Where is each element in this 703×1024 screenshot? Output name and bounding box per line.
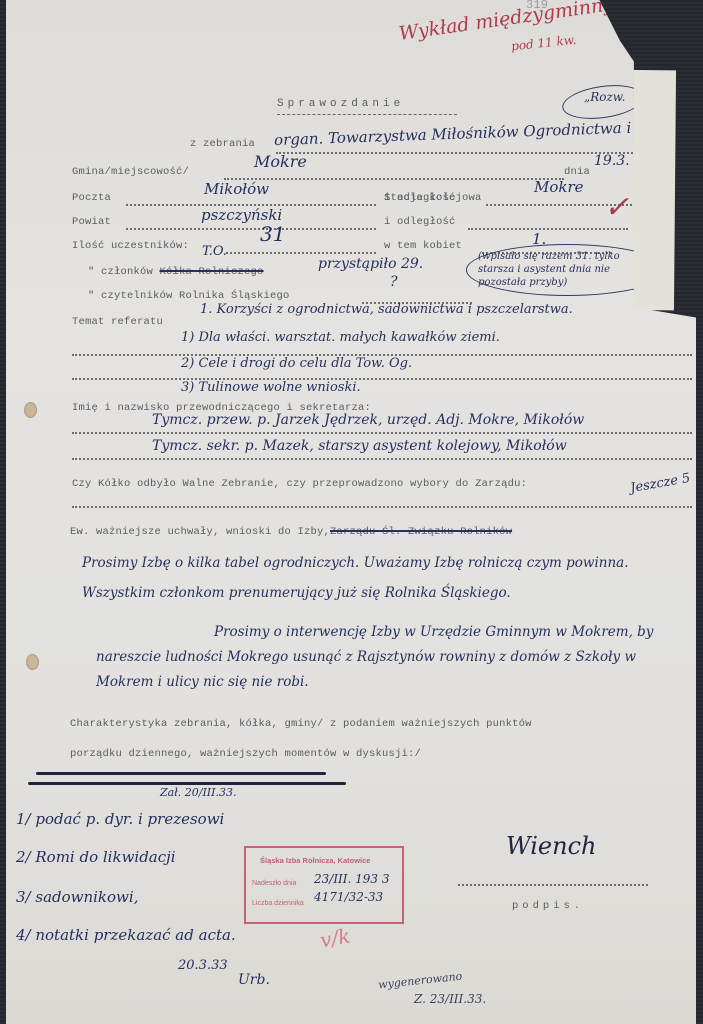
- field-value-members: przystąpiło 29.: [318, 256, 423, 272]
- election-value: Jeszcze 5: [629, 471, 691, 496]
- field-dots: [72, 432, 692, 434]
- red-initials: v/k: [318, 924, 352, 953]
- page-title: Sprawozdanie: [277, 98, 404, 110]
- resolutions-label: Ew. ważniejsze uchwały, wnioski do Izby,…: [70, 526, 512, 538]
- field-label-gmina: Gmina/miejscowość/: [72, 166, 189, 178]
- note-item: 4/ notatki przekazać ad acta.: [16, 926, 236, 944]
- archive-number: 319: [526, 0, 548, 12]
- field-dots: [276, 152, 636, 154]
- divider-line: [36, 772, 326, 775]
- field-value-readers: ?: [390, 274, 398, 290]
- field-label-meeting: z zebrania: [190, 138, 255, 150]
- field-dots: [72, 458, 692, 460]
- field-value-post: Mikołów: [204, 180, 269, 198]
- punch-hole: [24, 402, 37, 418]
- resolutions-paragraph-2: Prosimy o interwencję Izby w Urzędzie Gm…: [96, 620, 696, 695]
- field-label-distance: i odległość: [384, 216, 456, 228]
- field-dots: [468, 228, 628, 230]
- red-annotation-sub: pod 11 kw.: [510, 33, 577, 54]
- stamp-received-label: Nadeszło dnia: [252, 880, 296, 887]
- red-checkmark: ✓: [604, 190, 629, 225]
- note-item: 2/ Romi do likwidacji: [16, 848, 176, 866]
- note-item: 1/ podać p. dyr. i prezesowi: [16, 810, 224, 828]
- signature-label: podpis.: [512, 900, 584, 912]
- field-dots: [72, 506, 692, 508]
- topic-label: Temat referatu: [72, 316, 163, 328]
- stamp-number-value: 4171/32-33: [314, 890, 383, 904]
- note-date: 20.3.33: [178, 958, 228, 973]
- field-value-date: 19.3.: [594, 153, 630, 169]
- note-initials: Urb.: [238, 972, 270, 988]
- characteristics-label-1: Charakterystyka zebrania, kółka, gminy/ …: [70, 718, 532, 730]
- field-value-meeting: organ. Towarzystwa Miłośników Ogrodnictw…: [274, 117, 683, 149]
- field-label-county: Powiat: [72, 216, 111, 228]
- field-dots: [224, 178, 564, 180]
- field-value-participants: 31: [260, 222, 285, 246]
- field-label-readers: " czytelników Rolnika Śląskiego: [88, 290, 290, 302]
- field-label-date: dnia: [564, 166, 590, 178]
- processed-note: wygenerowano: [378, 970, 463, 992]
- field-label-participants: Ilość uczestników:: [72, 240, 189, 252]
- signature: Wiench: [506, 832, 596, 860]
- field-value-gmina: Mokre: [254, 152, 307, 171]
- stamp-title: Śląska Izba Rolnicza, Katowice: [260, 856, 370, 865]
- stamp-number-label: Liczba dziennika: [252, 900, 304, 907]
- punch-hole: [26, 654, 39, 670]
- topic-line: 2) Cele i drogi do celu dla Tow. Og.: [181, 356, 412, 371]
- red-annotation: Wykład międzygminny: [398, 0, 616, 45]
- members-note: (wpisało się razem 31. tylko starsza i a…: [478, 250, 658, 289]
- field-label-station: Stacja kolejowa: [384, 192, 482, 204]
- struck-text: Kółka Rolniczego: [160, 266, 264, 278]
- secretary-name: Tymcz. sekr. p. Mazek, starszy asystent …: [152, 438, 567, 454]
- chair-name: Tymcz. przew. p. Jarzek Jędrzek, urzęd. …: [152, 412, 584, 428]
- received-stamp: Śląska Izba Rolnicza, Katowice Nadeszło …: [244, 846, 404, 924]
- field-dots: [226, 252, 376, 254]
- field-label-post: Poczta: [72, 192, 111, 204]
- field-dots: [72, 378, 692, 380]
- note-heading: Zał. 20/III.33.: [160, 786, 237, 799]
- characteristics-label-2: porządku dziennego, ważniejszych momentó…: [70, 748, 421, 760]
- processed-date: Z. 23/III.33.: [414, 992, 486, 1006]
- signature-dots: [458, 884, 648, 886]
- topic-line: 3) Tulinowe wolne wnioski.: [181, 380, 361, 395]
- field-value-station: Mokre: [534, 178, 584, 196]
- note-item: 3/ sadownikowi,: [16, 888, 138, 906]
- field-label-women: w tem kobiet: [384, 240, 462, 252]
- divider-line: [28, 782, 346, 785]
- topic-line: 1) Dla właści. warsztat. małych kawałków…: [181, 330, 500, 345]
- topic-line: 1. Korzyści z ogrodnictwa, sadownictwa i…: [200, 302, 573, 317]
- title-underline: [277, 114, 457, 115]
- circled-note: „Rozw.: [584, 90, 625, 104]
- field-dots: [126, 228, 376, 230]
- stamp-received-value: 23/III. 193 3: [314, 872, 390, 886]
- document-page: Wykład międzygminny pod 11 kw. 319 „Rozw…: [6, 0, 696, 1024]
- inserted-text: T.O.: [202, 244, 227, 259]
- resolutions-label-text: Ew. ważniejsze uchwały, wnioski do Izby,: [70, 526, 330, 538]
- election-label: Czy Kółko odbyło Walne Zebranie, czy prz…: [72, 478, 527, 490]
- struck-text: Zarządu Śl. Związku Rolników: [330, 526, 512, 538]
- field-label-members: " członków Kółka Rolniczego: [88, 266, 264, 278]
- resolutions-paragraph-1: Prosimy Izbę o kilka tabel ogrodniczych.…: [82, 548, 702, 608]
